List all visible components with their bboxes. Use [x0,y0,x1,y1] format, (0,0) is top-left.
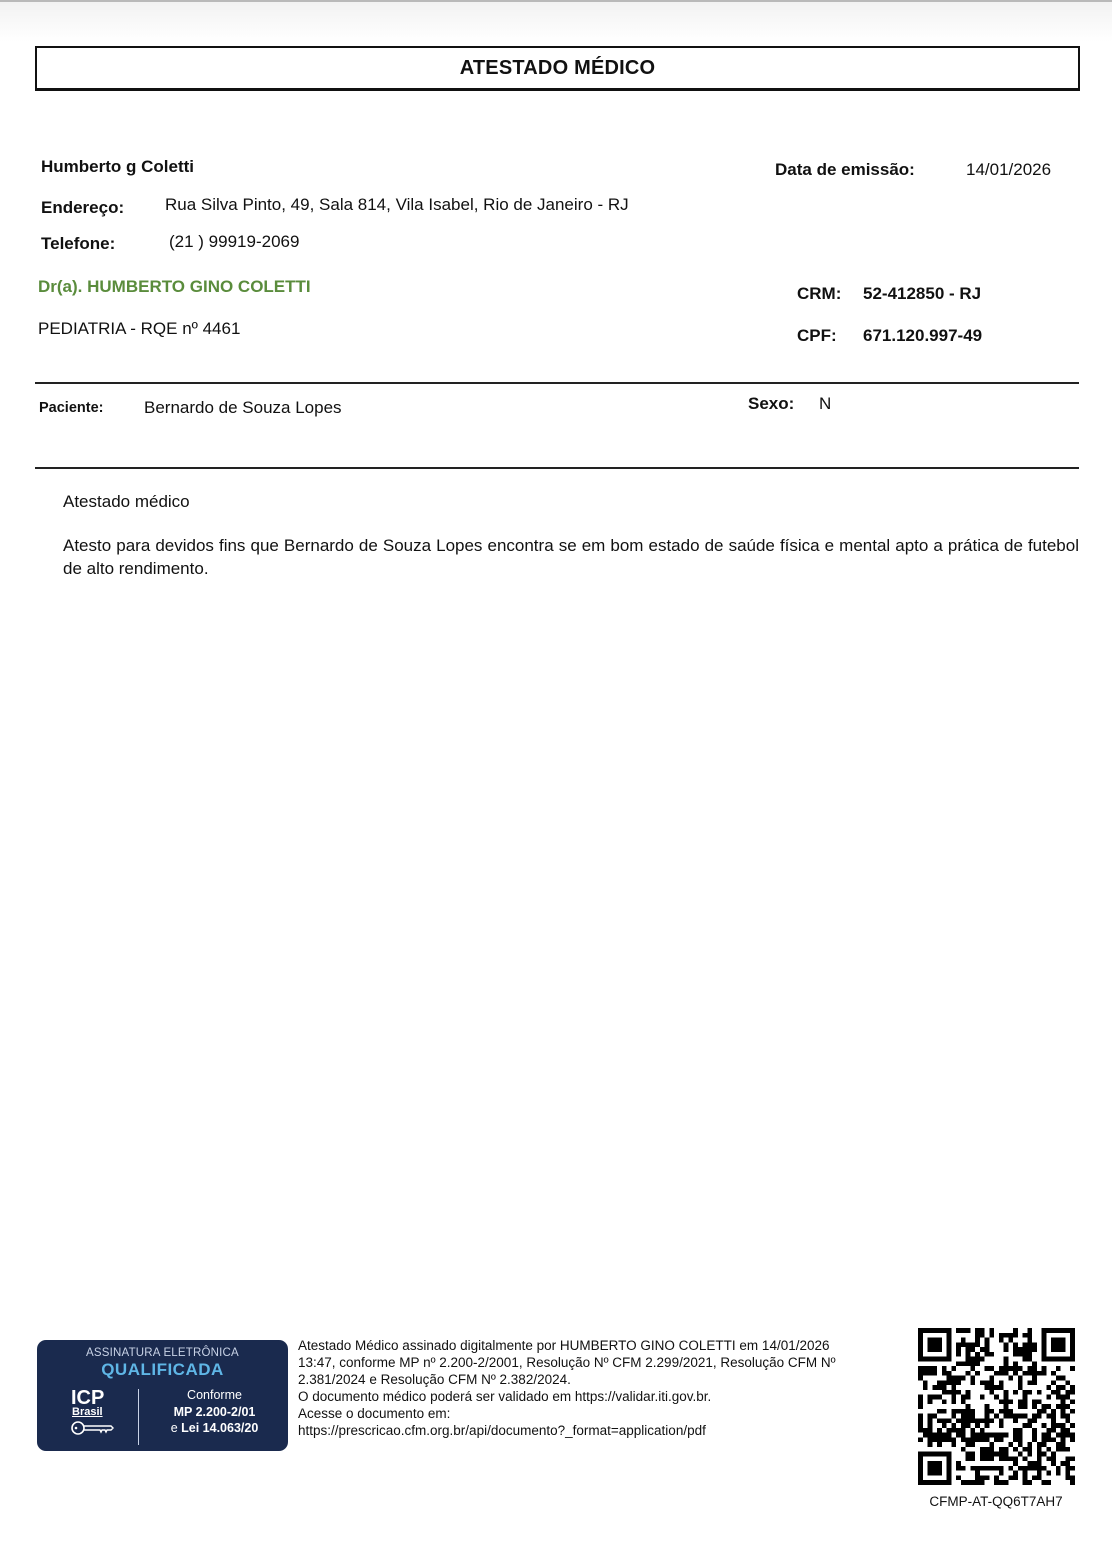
doctor-name: Dr(a). HUMBERTO GINO COLETTI [38,277,311,297]
badge-conforme: Conforme [147,1388,282,1402]
crm-label: CRM: [797,284,841,304]
cpf-value: 671.120.997-49 [863,326,982,346]
badge-lei-line: e Lei 14.063/20 [147,1421,282,1435]
badge-line2: QUALIFICADA [37,1360,288,1380]
issue-date-value: 14/01/2026 [966,160,1051,180]
issue-date-label: Data de emissão: [775,160,915,180]
access-line: Acesse o documento em: [298,1405,908,1422]
sex-label: Sexo: [748,394,794,414]
document-title: ATESTADO MÉDICO [35,46,1080,91]
signature-line: 2.381/2024 e Resolução CFM Nº 2.382/2024… [298,1371,908,1388]
content-text: Atesto para devidos fins que Bernardo de… [63,534,1079,580]
sex-value: N [819,394,831,414]
clinic-name: Humberto g Coletti [41,157,194,177]
phone-value: (21 ) 99919-2069 [169,232,299,252]
qr-code-icon[interactable] [918,1328,1075,1485]
phone-label: Telefone: [41,234,115,254]
address-label: Endereço: [41,198,124,218]
badge-divider [138,1389,139,1445]
badge-lei: Lei 14.063/20 [181,1421,258,1435]
icp-brasil-text: Brasil [72,1406,103,1418]
crm-value: 52-412850 - RJ [863,284,981,304]
badge-lei-prefix: e [171,1421,178,1435]
divider-top [35,382,1079,384]
signature-line: 13:47, conforme MP nº 2.200-2/2001, Reso… [298,1354,908,1371]
patient-name: Bernardo de Souza Lopes [144,398,342,418]
icp-logo-text: ICP [71,1389,104,1407]
signature-info: Atestado Médico assinado digitalmente po… [298,1337,908,1439]
cpf-label: CPF: [797,326,837,346]
patient-label: Paciente: [39,400,103,416]
document-url[interactable]: https://prescricao.cfm.org.br/api/docume… [298,1422,908,1439]
signature-line: Atestado Médico assinado digitalmente po… [298,1337,908,1354]
qr-code-label: CFMP-AT-QQ6T7AH7 [906,1494,1086,1509]
divider-bottom [35,467,1079,469]
content-heading: Atestado médico [63,492,190,512]
qualified-signature-badge: ASSINATURA ELETRÔNICA QUALIFICADA ICP Br… [37,1340,288,1451]
address-value: Rua Silva Pinto, 49, Sala 814, Vila Isab… [165,195,629,215]
validation-line: O documento médico poderá ser validado e… [298,1388,908,1405]
document-title-text: ATESTADO MÉDICO [460,57,656,80]
badge-mp: MP 2.200-2/01 [147,1405,282,1419]
badge-line1: ASSINATURA ELETRÔNICA [37,1347,288,1359]
key-icon [71,1420,115,1436]
viewer-top-edge [0,0,1112,42]
doctor-specialty: PEDIATRIA - RQE nº 4461 [38,319,240,339]
